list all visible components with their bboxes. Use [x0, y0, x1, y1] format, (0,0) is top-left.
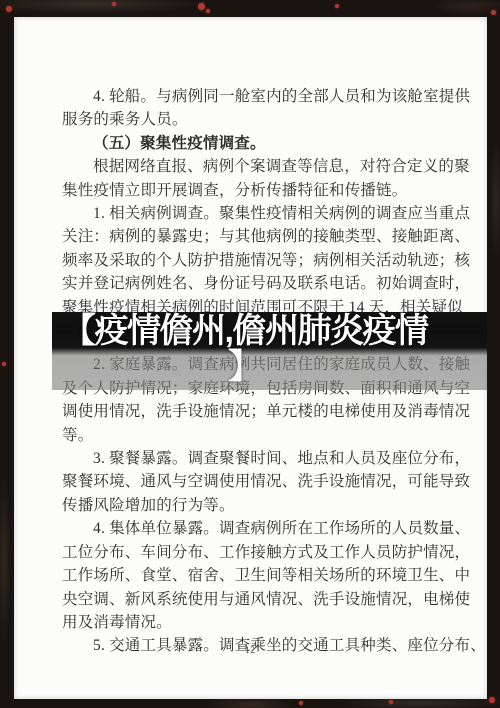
text-line: 传播风险增加的行为等。: [62, 494, 444, 517]
text-line: 央空调、新风系统使用与通风情况、洗手设施情况，电梯使: [62, 588, 444, 611]
red-speck: [2, 362, 6, 366]
red-speck: [6, 6, 12, 12]
text-line: 根据网络直报、病例个案调查等信息，对符合定义的聚: [62, 155, 444, 178]
text-line: 实并登记病例姓名、身份证号码及联系电话。初始调查时，: [62, 272, 444, 295]
overlay-title-bracket: 】: [228, 349, 261, 385]
red-speck: [491, 10, 496, 15]
red-speck: [206, 9, 210, 13]
text-line: 频率及采取的个人防护措施情况等；病例相关活动轨迹；核: [62, 249, 444, 272]
text-line: 4. 集体单位暴露。调查病例所在工作场所的人员数量、: [62, 517, 444, 540]
text-line: 服务的乘务人员。: [62, 108, 444, 131]
text-line: （五）聚集性疫情调查。: [62, 132, 444, 155]
text-line: 1. 相关病例调查。聚集性疫情相关病例的调查应当重点: [62, 202, 444, 225]
red-speck: [299, 701, 303, 705]
text-line: 关注：病例的暴露史；与其他病例的接触类型、接触距离、: [62, 225, 444, 248]
grunge-border-frame: 4. 轮船。与病例同一舱室内的全部人员和为该舱室提供服务的乘务人员。（五）聚集性…: [0, 0, 500, 708]
text-line: 4. 轮船。与病例同一舱室内的全部人员和为该舱室提供: [62, 85, 444, 108]
overlay-title-line1: 【疫情儋州,儋州肺炎疫情: [62, 313, 427, 349]
red-speck: [389, 700, 393, 704]
text-line: 3. 聚餐暴露。调查聚餐时间、地点和人员及座位分布，: [62, 447, 444, 470]
text-line: 工作场所、食堂、宿舍、卫生间等相关场所的环境卫生、中: [62, 564, 444, 587]
text-line: 聚餐环境、通风与空调使用情况、洗手设施情况，可能导致: [62, 470, 444, 493]
red-speck: [335, 4, 339, 8]
text-line: 用及消毒情况。: [62, 611, 444, 634]
red-speck: [198, 3, 205, 10]
page-number: 12: [14, 645, 487, 655]
red-speck: [112, 2, 116, 6]
text-line: 调使用情况，洗手设施情况；单元楼的电梯使用及消毒情况: [62, 400, 444, 423]
text-line: 工位分布、车间分布、工作接触方式及工作人员防护情况，: [62, 541, 444, 564]
text-line: 等。: [62, 424, 444, 447]
document-page: 4. 轮船。与病例同一舱室内的全部人员和为该舱室提供服务的乘务人员。（五）聚集性…: [14, 17, 487, 699]
red-speck: [489, 697, 495, 703]
text-line: 集性疫情立即开展调查，分析传播特征和传播链。: [62, 179, 444, 202]
